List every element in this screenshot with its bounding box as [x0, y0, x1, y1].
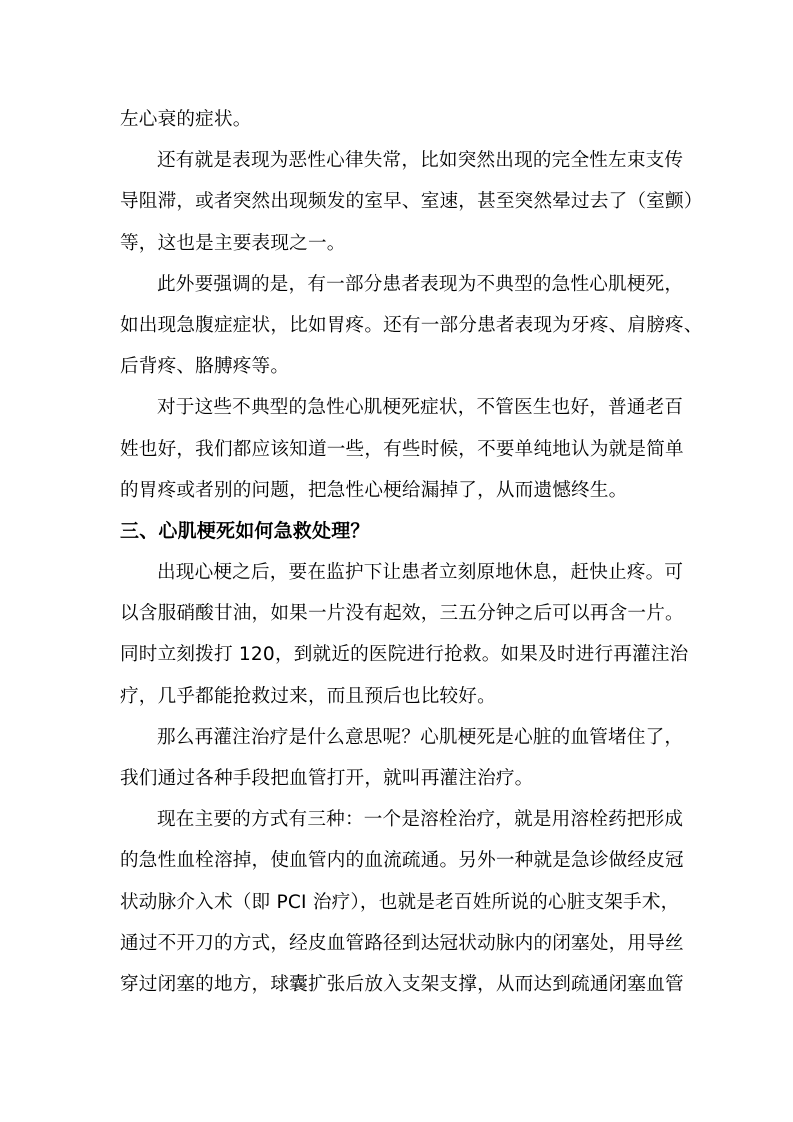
paragraph-start-line: 出现心梗之后，要在监护下让患者立刻原地休息，赶快止疼。可	[120, 552, 680, 593]
paragraph-start-line: 现在主要的方式有三种：一个是溶栓治疗，就是用溶栓药把形成	[120, 799, 680, 840]
paragraph-start-line: 那么再灌注治疗是什么意思呢？心肌梗死是心脏的血管堵住了，	[120, 717, 680, 758]
text-line: 后背疼、胳膊疼等。	[120, 346, 680, 387]
text-line: 同时立刻拨打 120，到就近的医院进行抢救。如果及时进行再灌注治	[120, 634, 680, 675]
paragraph-start-line: 此外要强调的是，有一部分患者表现为不典型的急性心肌梗死，	[120, 264, 680, 305]
paragraph-start-line: 对于这些不典型的急性心肌梗死症状，不管医生也好，普通老百	[120, 387, 680, 428]
text-line: 的急性血栓溶掉，使血管内的血流疏通。另外一种就是急诊做经皮冠	[120, 840, 680, 881]
text-line: 以含服硝酸甘油，如果一片没有起效，三五分钟之后可以再含一片。	[120, 593, 680, 634]
text-line: 导阻滞，或者突然出现频发的室早、室速，甚至突然晕过去了（室颤）	[120, 181, 680, 222]
text-line: 等，这也是主要表现之一。	[120, 223, 680, 264]
text-line: 的胃疼或者别的问题，把急性心梗给漏掉了，从而遗憾终生。	[120, 470, 680, 511]
section-heading: 三、心肌梗死如何急救处理？	[120, 511, 680, 552]
text-line: 状动脉介入术（即 PCI 治疗），也就是老百姓所说的心脏支架手术，	[120, 882, 680, 923]
text-line: 穿过闭塞的地方，球囊扩张后放入支架支撑，从而达到疏通闭塞血管	[120, 964, 680, 1005]
text-line: 左心衰的症状。	[120, 99, 680, 140]
text-line: 我们通过各种手段把血管打开，就叫再灌注治疗。	[120, 758, 680, 799]
text-line: 通过不开刀的方式，经皮血管路径到达冠状动脉内的闭塞处，用导丝	[120, 923, 680, 964]
text-line: 如出现急腹症症状，比如胃疼。还有一部分患者表现为牙疼、肩膀疼、	[120, 305, 680, 346]
text-line: 疗，几乎都能抢救过来，而且预后也比较好。	[120, 676, 680, 717]
paragraph-start-line: 还有就是表现为恶性心律失常，比如突然出现的完全性左束支传	[120, 140, 680, 181]
document-page: 左心衰的症状。 还有就是表现为恶性心律失常，比如突然出现的完全性左束支传 导阻滞…	[120, 99, 680, 1005]
text-line: 姓也好，我们都应该知道一些，有些时候，不要单纯地认为就是简单	[120, 429, 680, 470]
